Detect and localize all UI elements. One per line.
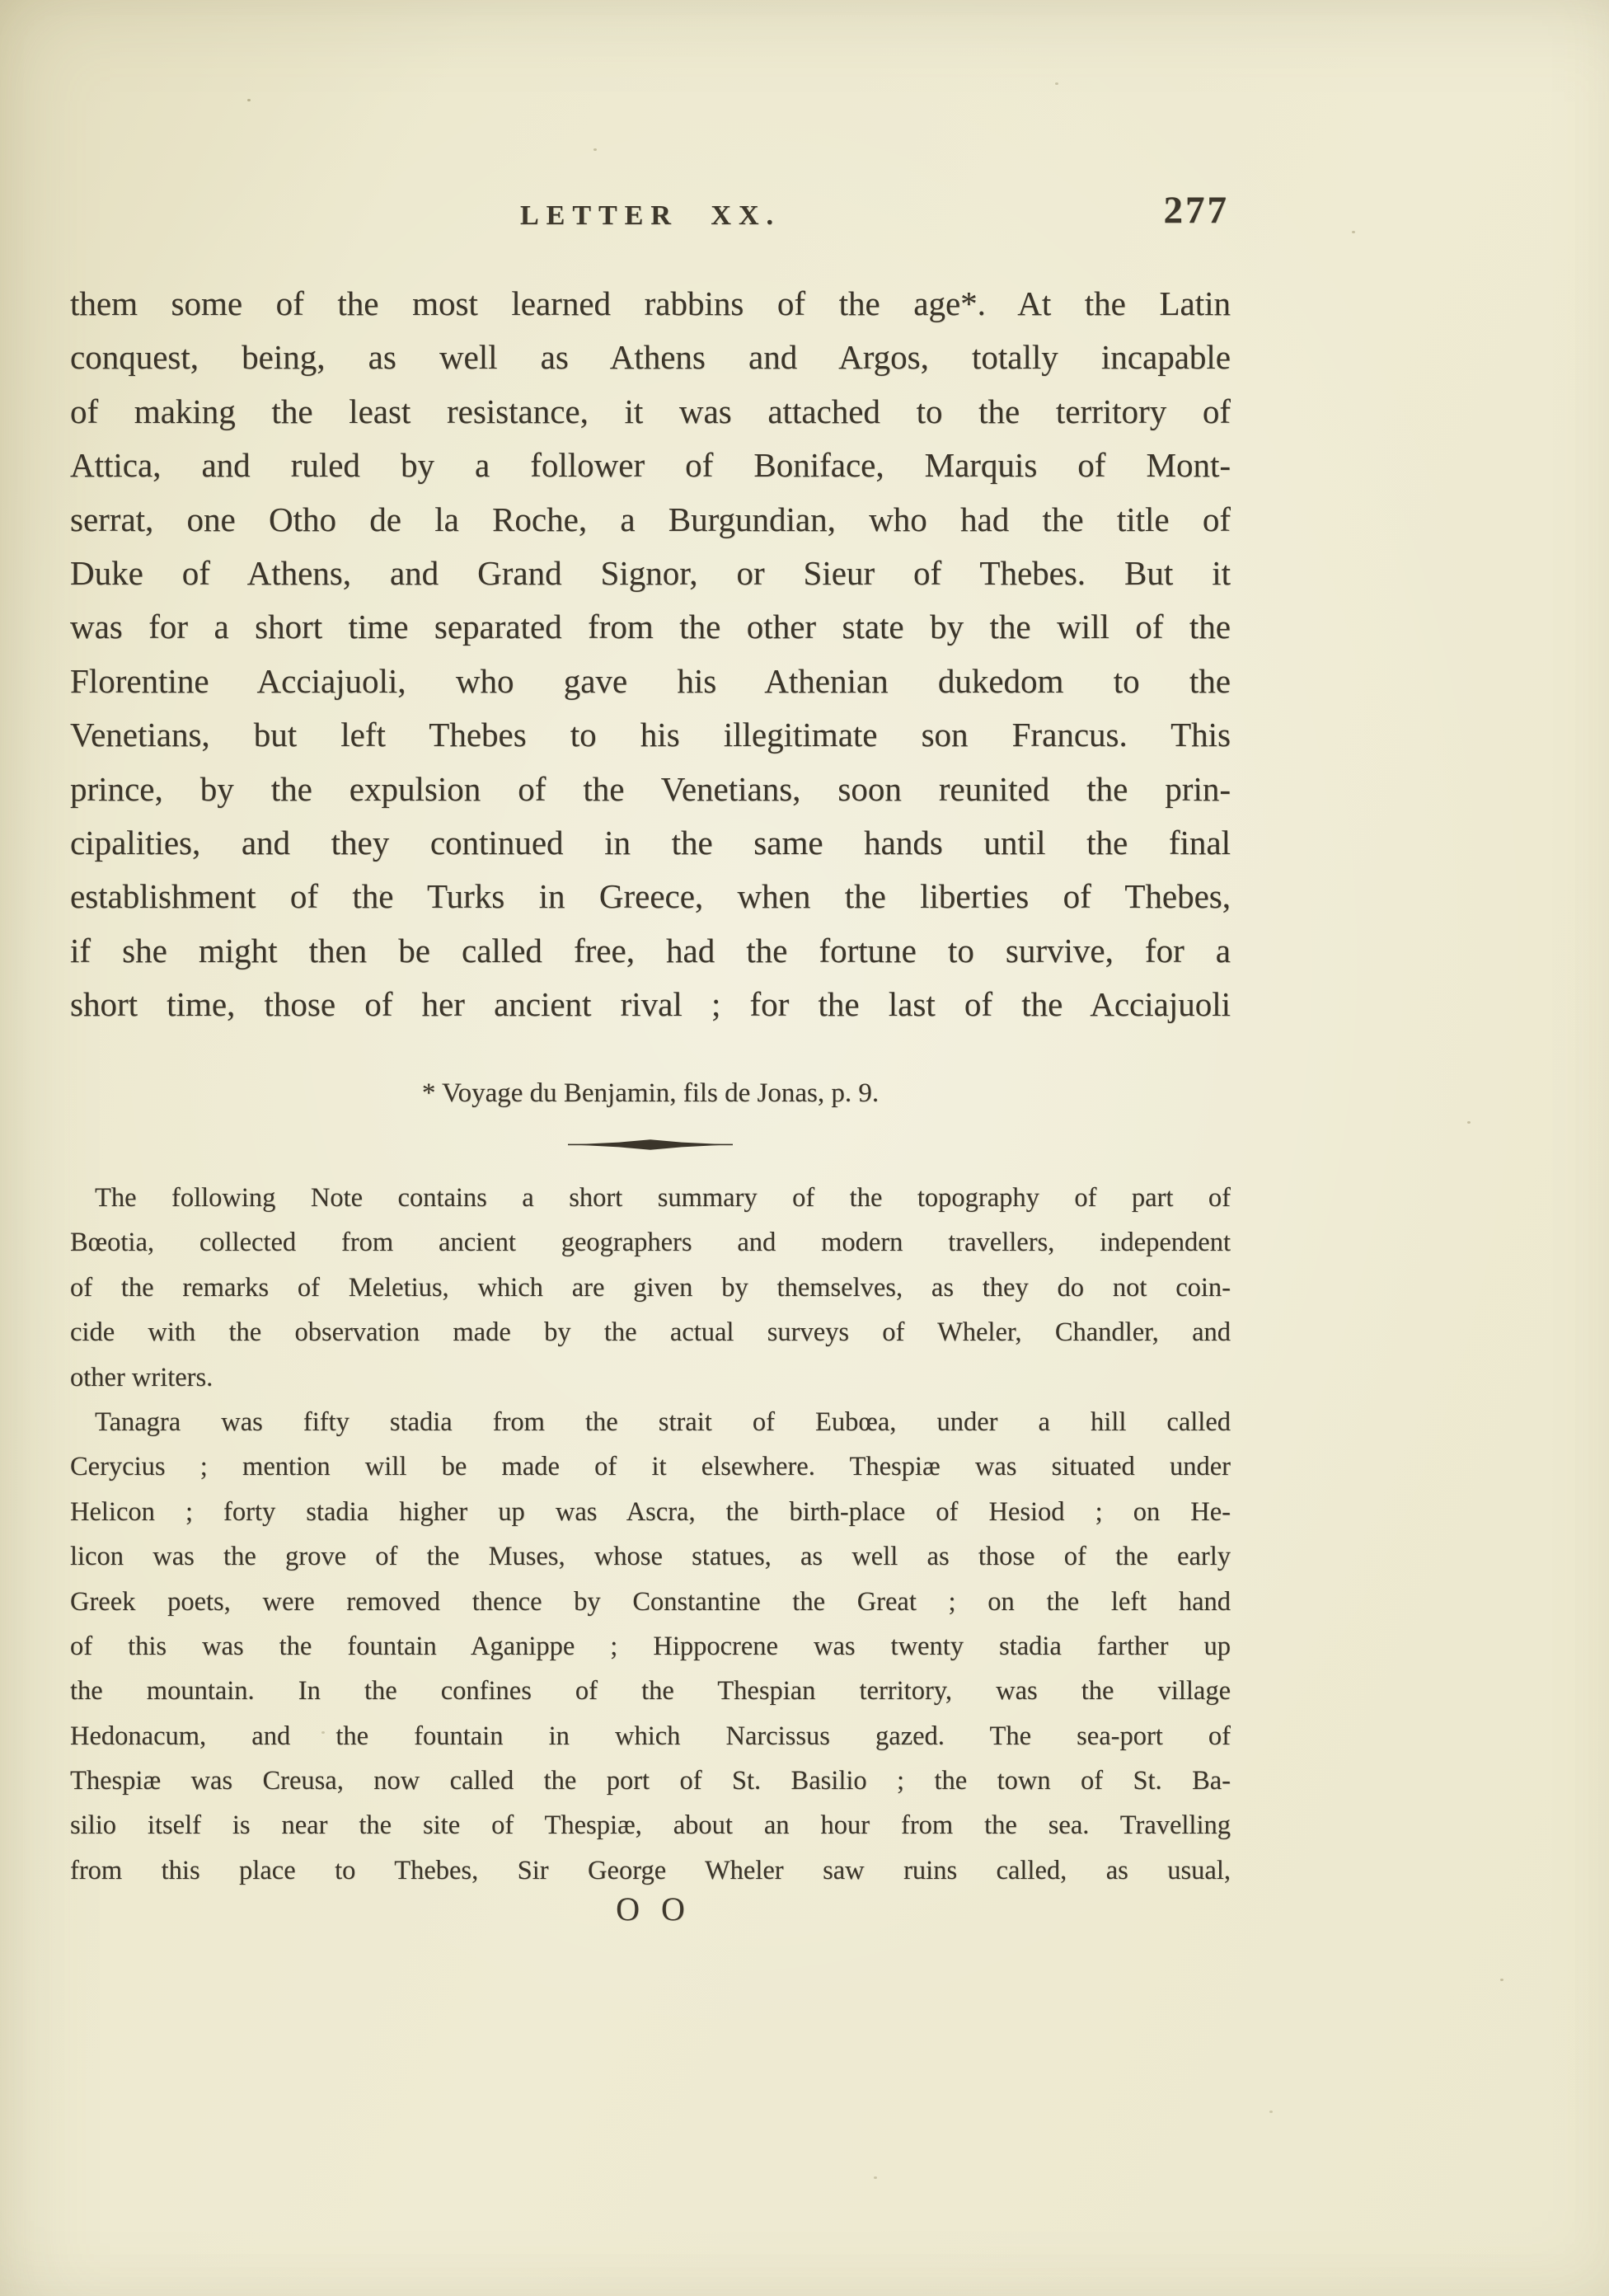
- text-line: prince, by the expulsion of the Venetian…: [70, 763, 1231, 816]
- note-line: Bœotia, collected from ancient geographe…: [70, 1220, 1231, 1265]
- signature-mark: O O: [70, 1890, 1231, 1928]
- page-number: 277: [1164, 188, 1230, 232]
- note-line: Cerycius ; mention will be made of it el…: [70, 1444, 1231, 1489]
- text-line: Attica, and ruled by a follower of Bonif…: [70, 439, 1231, 492]
- text-line: them some of the most learned rabbins of…: [70, 277, 1231, 331]
- swelled-rule-divider: [568, 1138, 733, 1153]
- text-line: establishment of the Turks in Greece, wh…: [70, 870, 1231, 923]
- text-line: Venetians, but left Thebes to his illegi…: [70, 708, 1231, 762]
- note-section: The following Note contains a short summ…: [70, 1176, 1231, 1893]
- note-line: Hedonacum, and the fountain in which Nar…: [70, 1714, 1231, 1758]
- text-line: Duke of Athens, and Grand Signor, or Sie…: [70, 547, 1231, 600]
- note-line: from this place to Thebes, Sir George Wh…: [70, 1848, 1231, 1893]
- text-line: conquest, being, as well as Athens and A…: [70, 331, 1231, 384]
- note-line: Tanagra was fifty stadia from the strait…: [70, 1400, 1231, 1444]
- text-block: LETTER XX. 277 them some of the most lea…: [70, 0, 1231, 2296]
- text-line: of making the least resistance, it was a…: [70, 385, 1231, 439]
- text-line: if she might then be called free, had th…: [70, 924, 1231, 978]
- note-line: silio itself is near the site of Thespiæ…: [70, 1803, 1231, 1848]
- footnote: * Voyage du Benjamin, fils de Jonas, p. …: [70, 1078, 1231, 1109]
- text-line: was for a short time separated from the …: [70, 600, 1231, 654]
- book-page: LETTER XX. 277 them some of the most lea…: [0, 0, 1609, 2296]
- note-line: Thespiæ was Creusa, now called the port …: [70, 1758, 1231, 1803]
- note-line: licon was the grove of the Muses, whose …: [70, 1534, 1231, 1579]
- text-line: serrat, one Otho de la Roche, a Burgundi…: [70, 493, 1231, 547]
- text-line: short time, those of her ancient rival ;…: [70, 978, 1231, 1031]
- main-paragraph: them some of the most learned rabbins of…: [70, 277, 1231, 1031]
- note-line: of the remarks of Meletius, which are gi…: [70, 1265, 1231, 1310]
- note-line: The following Note contains a short summ…: [70, 1176, 1231, 1220]
- note-line: Greek poets, were removed thence by Cons…: [70, 1580, 1231, 1624]
- text-line: Florentine Acciajuoli, who gave his Athe…: [70, 655, 1231, 708]
- note-line: other writers.: [70, 1355, 1231, 1400]
- note-line: Helicon ; forty stadia higher up was Asc…: [70, 1490, 1231, 1534]
- note-line: the mountain. In the confines of the The…: [70, 1669, 1231, 1713]
- note-line: of this was the fountain Aganippe ; Hipp…: [70, 1624, 1231, 1669]
- running-title: LETTER XX.: [70, 200, 1231, 232]
- note-line: cide with the observation made by the ac…: [70, 1310, 1231, 1355]
- text-line: cipalities, and they continued in the sa…: [70, 816, 1231, 870]
